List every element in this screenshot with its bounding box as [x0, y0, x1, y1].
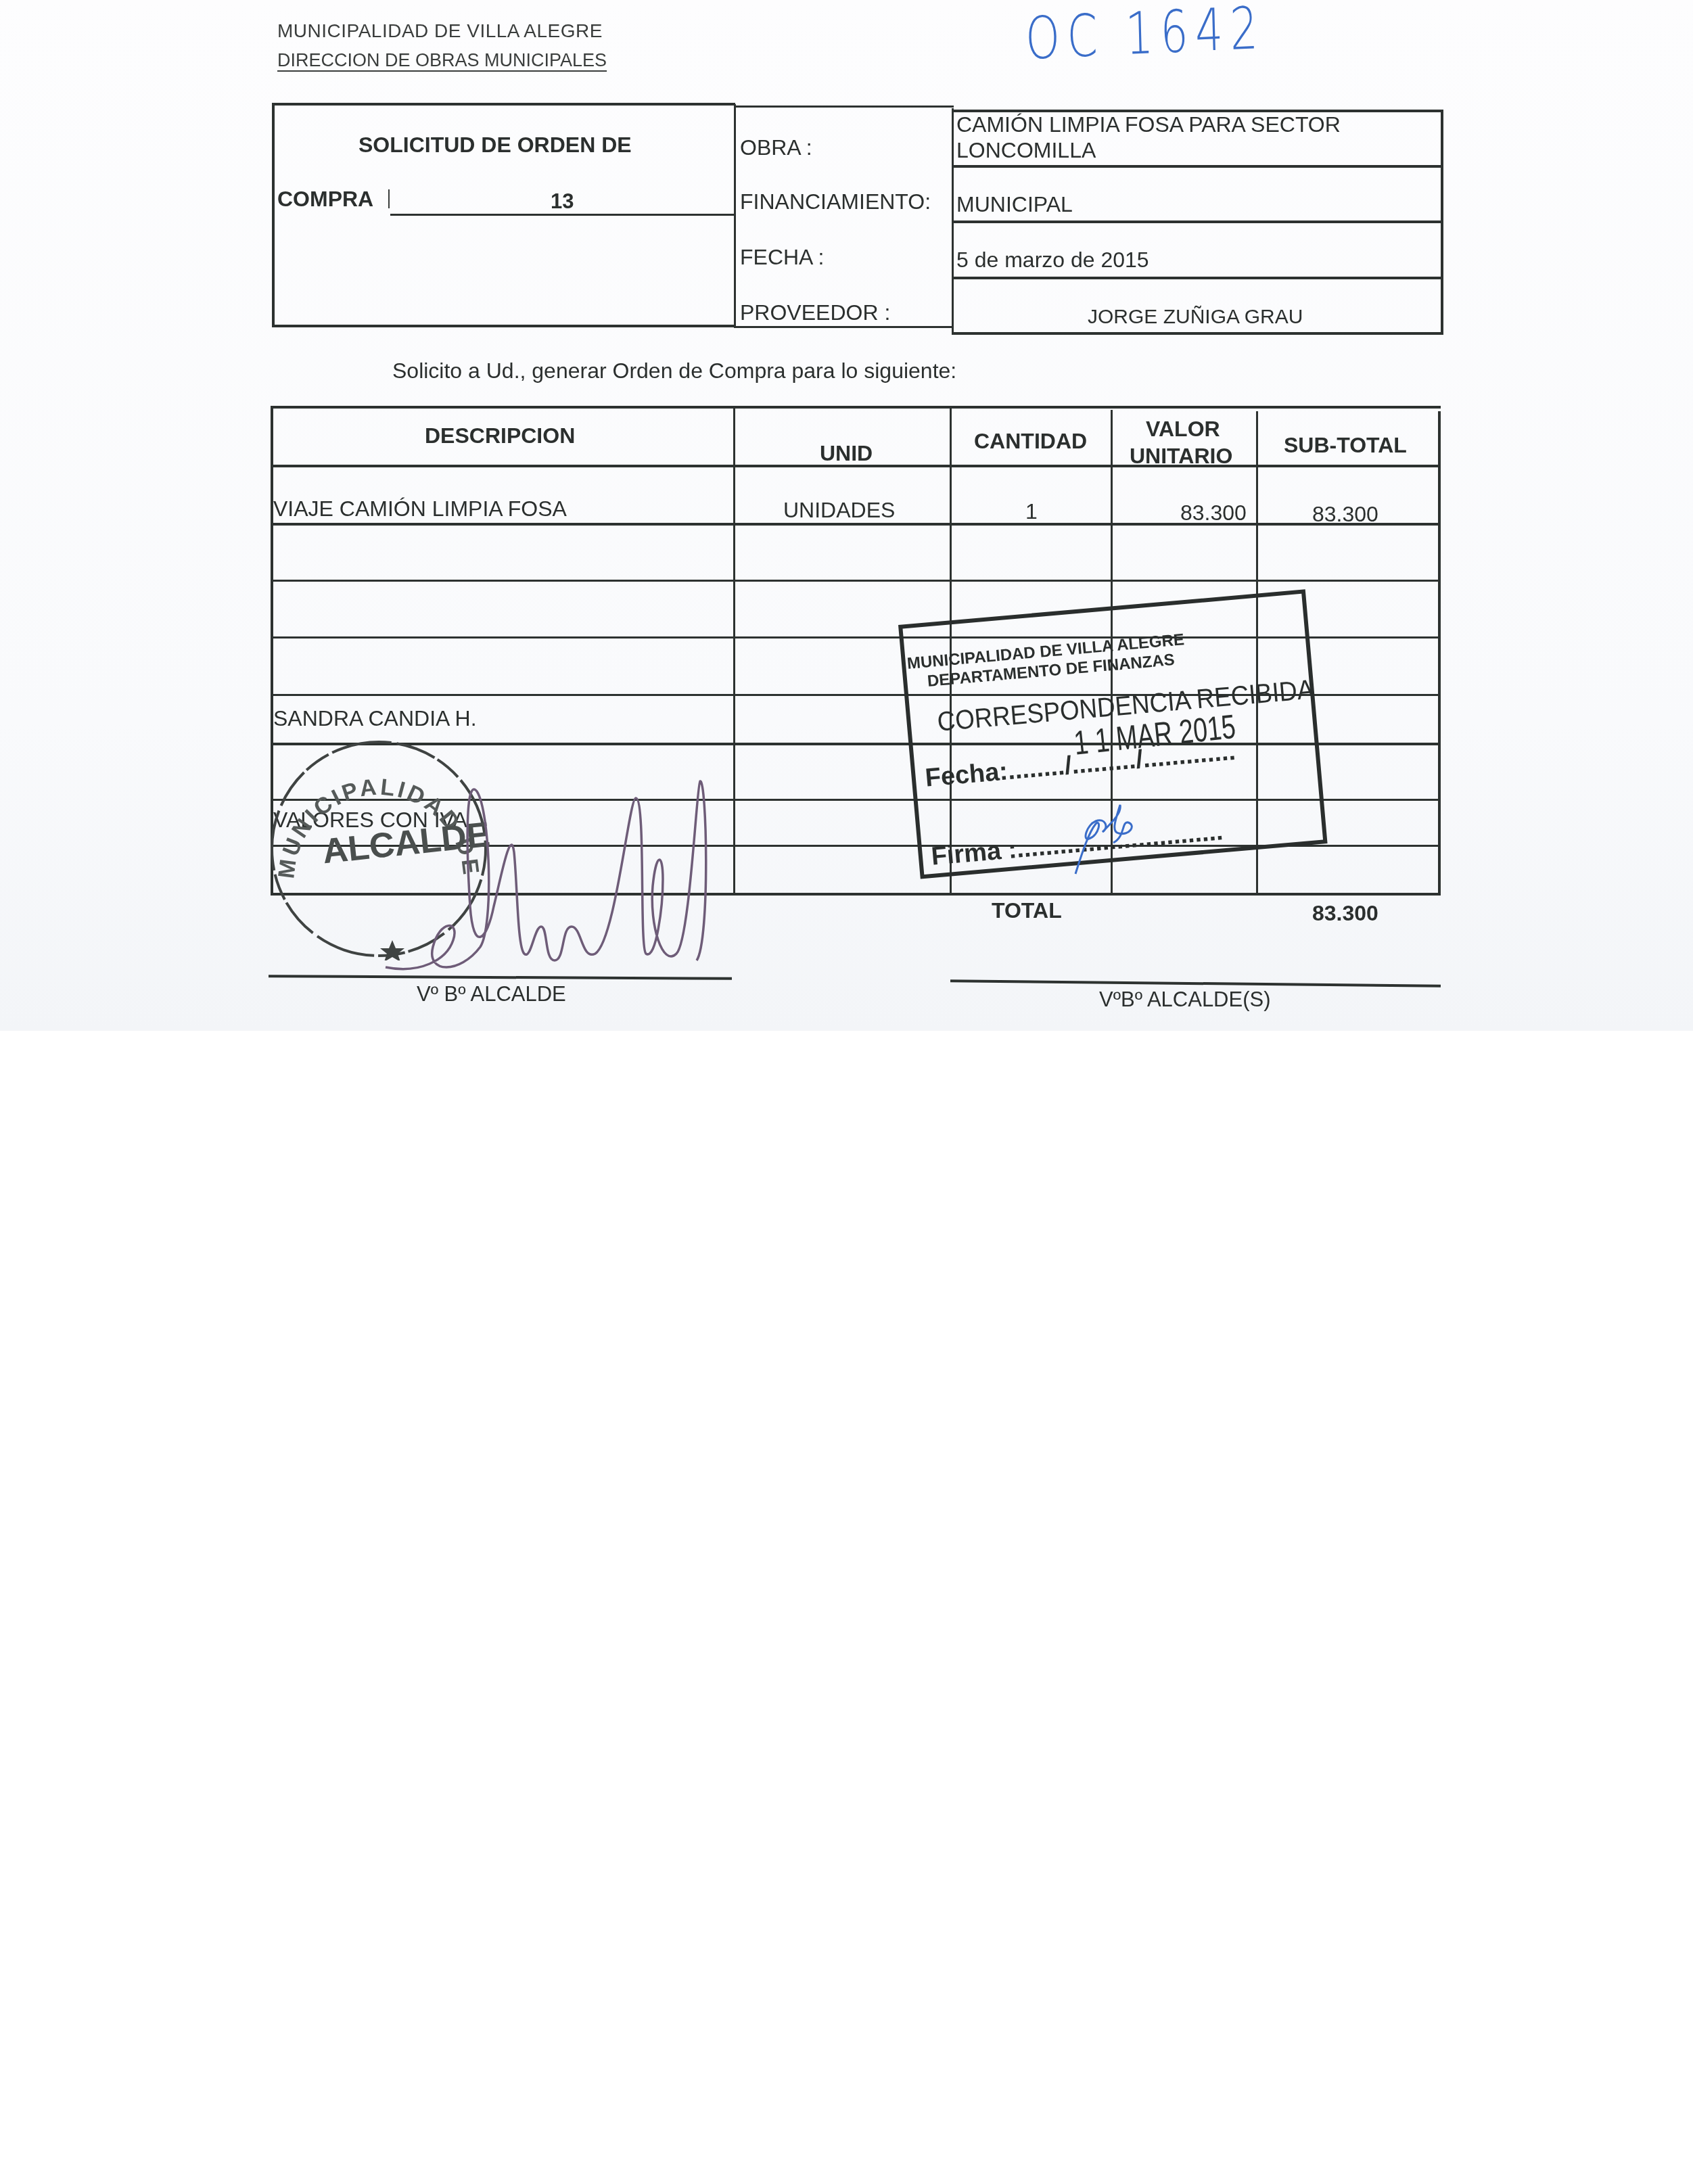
department-name: DIRECCION DE OBRAS MUNICIPALES	[277, 50, 607, 71]
total-label: TOTAL	[992, 898, 1062, 923]
row-unid: UNIDADES	[783, 498, 895, 523]
intro-text: Solicito a Ud., generar Orden de Compra …	[392, 358, 956, 384]
row-descripcion: VIAJE CAMIÓN LIMPIA FOSA	[273, 496, 567, 521]
form-title: SOLICITUD DE ORDEN DE	[358, 133, 632, 158]
col-header-unid: UNID	[820, 441, 873, 466]
fecha-label: FECHA :	[740, 245, 824, 270]
row-descripcion: SANDRA CANDIA H.	[273, 706, 477, 731]
signature-label-alcalde-s: VºBº ALCALDE(S)	[1099, 988, 1271, 1012]
handwritten-reference: OC 1642	[1025, 0, 1266, 73]
obra-value: CAMIÓN LIMPIA FOSA PARA SECTOR	[956, 112, 1341, 137]
municipality-name: MUNICIPALIDAD DE VILLA ALEGRE	[277, 20, 603, 42]
col-header-descripcion: DESCRIPCION	[425, 423, 575, 448]
obra-label: OBRA :	[740, 135, 812, 160]
fecha-value: 5 de marzo de 2015	[956, 248, 1149, 273]
financiamiento-value: MUNICIPAL	[956, 192, 1073, 217]
row-cantidad: 1	[1025, 499, 1038, 524]
obra-value-line2: LONCOMILLA	[956, 138, 1096, 163]
signature-label-alcalde: Vº Bº ALCALDE	[417, 982, 566, 1006]
financiamiento-label: FINANCIAMIENTO:	[740, 189, 931, 214]
proveedor-label: PROVEEDOR :	[740, 300, 890, 325]
col-header-valor-unitario: UNITARIO	[1130, 444, 1232, 469]
row-valor-unitario: 83.300	[1180, 501, 1247, 526]
total-value: 83.300	[1312, 901, 1378, 926]
initials-signature	[1069, 798, 1163, 879]
col-header-subtotal: SUB-TOTAL	[1284, 433, 1407, 458]
alcalde-signature	[379, 771, 730, 988]
col-header-valor: VALOR	[1146, 417, 1220, 442]
compra-cursor-mark	[388, 189, 390, 208]
col-header-cantidad: CANTIDAD	[974, 429, 1087, 454]
form-title-compra: COMPRA	[277, 187, 373, 212]
order-number: 13	[551, 189, 574, 214]
row-subtotal: 83.300	[1312, 502, 1378, 527]
proveedor-value: JORGE ZUÑIGA GRAU	[1088, 306, 1303, 329]
